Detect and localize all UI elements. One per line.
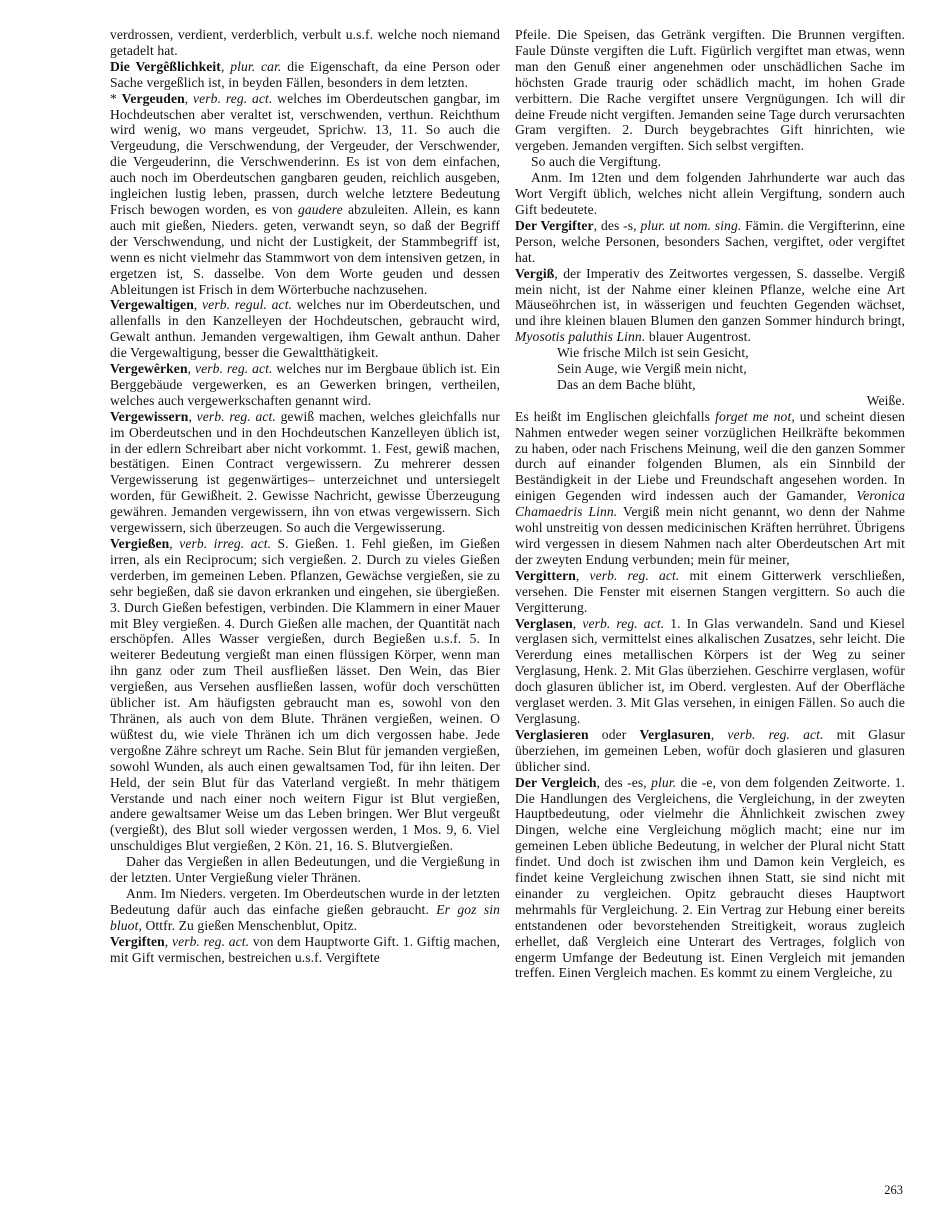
paragraph: So auch die Vergiftung. <box>515 154 905 170</box>
right-column: Pfeile. Die Speisen, das Getränk vergift… <box>515 27 905 981</box>
text-segment: Myosotis paluthis Linn. <box>515 329 645 344</box>
text-segment: , <box>573 616 583 631</box>
headword: Vergiften <box>110 934 165 949</box>
verse-line: Wie frische Milch ist sein Gesicht, <box>557 345 905 361</box>
dictionary-entry: Der Vergifter, des -s, plur. ut nom. sin… <box>515 218 905 266</box>
text-segment: forget me not, <box>715 409 795 424</box>
text-segment: verb. regul. act. <box>202 297 292 312</box>
dictionary-page: verdrossen, verdient, verderblich, verbu… <box>0 0 935 1210</box>
text-segment: Anm. Im 12ten und dem folgenden Jahrhund… <box>515 170 905 217</box>
text-segment: , <box>711 727 728 742</box>
headword: Vergewêrken <box>110 361 188 376</box>
paragraph: Daher das Vergießen in allen Bedeutungen… <box>110 854 500 886</box>
dictionary-entry: Vergewaltigen, verb. regul. act. welches… <box>110 297 500 361</box>
text-segment: verb. reg. act. <box>582 616 664 631</box>
headword: Verglasen <box>515 616 573 631</box>
text-segment: , des -es, <box>597 775 652 790</box>
text-segment: S. Gießen. 1. Fehl gießen, im Gießen irr… <box>110 536 500 853</box>
text-segment: * <box>110 91 122 106</box>
paragraph: Anm. Im 12ten und dem folgenden Jahrhund… <box>515 170 905 218</box>
dictionary-entry: Vergiften, verb. reg. act. von dem Haupt… <box>110 934 500 966</box>
paragraph: verdrossen, verdient, verderblich, verbu… <box>110 27 500 59</box>
attribution: Weiße. <box>515 393 905 409</box>
headword: Vergewaltigen <box>110 297 194 312</box>
text-segment: Es heißt im Englischen gleichfalls <box>515 409 715 424</box>
text-segment: gewiß machen, welches gleichfalls nur im… <box>110 409 500 535</box>
headword: Vergiß <box>515 266 554 281</box>
text-segment: Pfeile. Die Speisen, das Getränk vergift… <box>515 27 905 153</box>
paragraph: Es heißt im Englischen gleichfalls forge… <box>515 409 905 568</box>
paragraph: Pfeile. Die Speisen, das Getränk vergift… <box>515 27 905 154</box>
text-segment: , <box>188 361 195 376</box>
text-segment: verb. irreg. act. <box>179 536 271 551</box>
text-segment: , der Imperativ des Zeitwortes vergessen… <box>515 266 905 329</box>
dictionary-entry: Vergittern, verb. reg. act. mit einem Gi… <box>515 568 905 616</box>
verse-line: Sein Auge, wie Vergiß mein nicht, <box>557 361 905 377</box>
dictionary-entry: Vergewêrken, verb. reg. act. welches nur… <box>110 361 500 409</box>
verse-line: Das an dem Bache blüht, <box>557 377 905 393</box>
left-column: verdrossen, verdient, verderblich, verbu… <box>110 27 500 965</box>
text-segment: verb. reg. act. <box>172 934 249 949</box>
headword: Verglasuren <box>639 727 710 742</box>
headword: Vergewissern <box>110 409 188 424</box>
text-segment: , <box>185 91 193 106</box>
text-segment: Daher das Vergießen in allen Bedeutungen… <box>110 854 500 885</box>
text-segment: verb. reg. act. <box>195 361 273 376</box>
headword: Vergießen <box>110 536 169 551</box>
text-segment: verdrossen, verdient, verderblich, verbu… <box>110 27 500 58</box>
headword: Verglasieren <box>515 727 589 742</box>
text-segment: , <box>165 934 172 949</box>
dictionary-entry: Der Vergleich, des -es, plur. die -e, vo… <box>515 775 905 982</box>
dictionary-entry: Die Vergêßlichkeit, plur. car. die Eigen… <box>110 59 500 91</box>
text-segment: plur. car. <box>230 59 281 74</box>
text-segment: , des -s, <box>594 218 641 233</box>
text-segment: blauer Augentrost. <box>645 329 751 344</box>
text-segment: , <box>188 409 196 424</box>
text-segment: Ottfr. Zu gießen Menschenblut, Opitz. <box>142 918 357 933</box>
text-segment: , <box>221 59 230 74</box>
headword: Vergeuden <box>122 91 185 106</box>
dictionary-entry: Vergiß, der Imperativ des Zeitwortes ver… <box>515 266 905 346</box>
text-segment: , <box>169 536 179 551</box>
headword: Die Vergêßlichkeit <box>110 59 221 74</box>
text-segment: verb. reg. act. <box>727 727 823 742</box>
dictionary-entry: Verglasieren oder Verglasuren, verb. reg… <box>515 727 905 775</box>
text-segment: , <box>194 297 202 312</box>
text-segment: welches im Oberdeutschen gangbar, im Hoc… <box>110 91 500 217</box>
dictionary-entry: Vergewissern, verb. reg. act. gewiß mach… <box>110 409 500 536</box>
text-segment: , <box>576 568 590 583</box>
text-segment: verb. reg. act. <box>193 91 272 106</box>
paragraph: Anm. Im Nieders. vergeten. Im Oberdeutsc… <box>110 886 500 934</box>
headword: Der Vergifter <box>515 218 594 233</box>
text-segment: verb. reg. act. <box>197 409 276 424</box>
page-number: 263 <box>884 1184 903 1197</box>
headword: Vergittern <box>515 568 576 583</box>
dictionary-entry: Verglasen, verb. reg. act. 1. In Glas ve… <box>515 616 905 727</box>
dictionary-entry: Vergießen, verb. irreg. act. S. Gießen. … <box>110 536 500 854</box>
text-segment: die -e, von dem folgenden Zeitworte. 1. … <box>515 775 905 981</box>
text-segment: So auch die Vergiftung. <box>531 154 661 169</box>
text-segment: oder <box>589 727 640 742</box>
text-columns: verdrossen, verdient, verderblich, verbu… <box>110 27 905 981</box>
text-segment: plur. <box>651 775 676 790</box>
text-segment: verb. reg. act. <box>589 568 679 583</box>
text-segment: 1. In Glas verwandeln. Sand und Kiesel v… <box>515 616 905 726</box>
verse-quote: Wie frische Milch ist sein Gesicht,Sein … <box>515 345 905 393</box>
text-segment: Weiße. <box>867 393 905 408</box>
dictionary-entry: * Vergeuden, verb. reg. act. welches im … <box>110 91 500 298</box>
text-segment: gaudere <box>298 202 343 217</box>
text-segment: plur. ut nom. sing. <box>640 218 741 233</box>
headword: Der Vergleich <box>515 775 597 790</box>
